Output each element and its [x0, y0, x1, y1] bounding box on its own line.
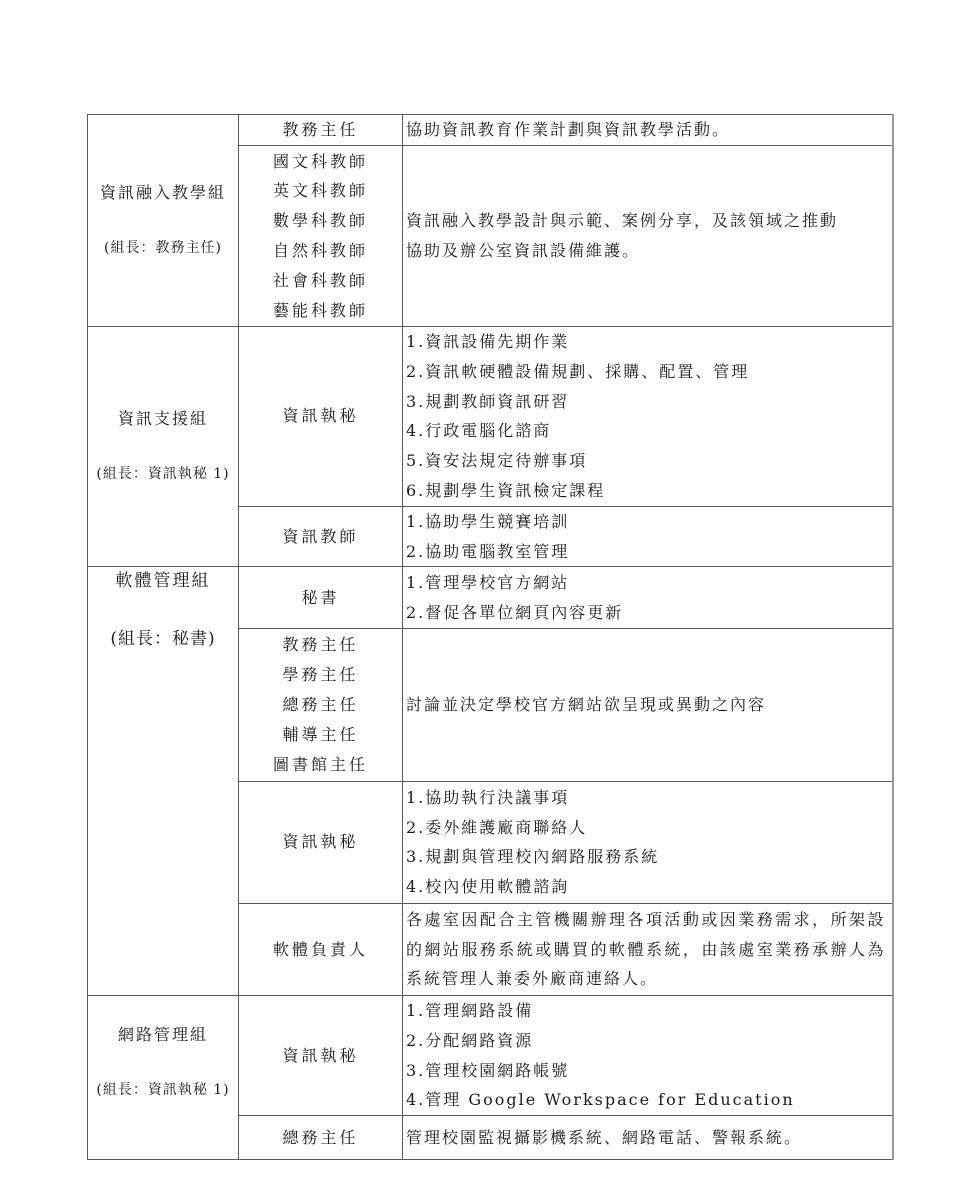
duty-text: 5.資安法規定待辦事項	[406, 446, 886, 476]
duty-text: 2.督促各單位網頁內容更新	[406, 598, 886, 628]
role-label: 自然科教師	[239, 236, 402, 266]
table-row: 網路管理組 (組長：資訊執秘 1) 資訊執秘 1.管理網路設備 2.分配網路資源…	[88, 995, 893, 1115]
table-row: 資訊融入教學組 (組長：教務主任) 教務主任 協助資訊教育作業計劃與資訊教學活動…	[88, 115, 893, 146]
duty-text: 4.校內使用軟體諮詢	[406, 872, 886, 902]
duty-text: 協助資訊教育作業計劃與資訊教學活動。	[406, 115, 886, 145]
role-cell: 資訊執秘	[239, 781, 403, 903]
role-label: 資訊執秘	[239, 401, 402, 431]
role-label: 社會科教師	[239, 266, 402, 296]
group-cell: 網路管理組 (組長：資訊執秘 1)	[88, 995, 239, 1159]
role-cell: 資訊教師	[239, 506, 403, 567]
role-cell: 秘書	[239, 567, 403, 629]
duty-text: 4.管理 Google Workspace for Education	[406, 1085, 886, 1115]
role-label: 輔導主任	[239, 720, 402, 750]
role-label: 資訊教師	[239, 522, 402, 552]
responsibility-table: 資訊融入教學組 (組長：教務主任) 教務主任 協助資訊教育作業計劃與資訊教學活動…	[87, 114, 894, 1160]
duty-cell: 管理校園監視攝影機系統、網路電話、警報系統。	[403, 1116, 893, 1160]
role-label: 數學科教師	[239, 206, 402, 236]
duty-cell: 各處室因配合主管機關辦理各項活動或因業務需求，所架設的網站服務系統或購買的軟體系…	[403, 903, 893, 995]
duty-text: 1.資訊設備先期作業	[406, 327, 886, 357]
role-label: 總務主任	[239, 690, 402, 720]
duty-text: 各處室因配合主管機關辦理各項活動或因業務需求，所架設的網站服務系統或購買的軟體系…	[406, 905, 886, 994]
role-label: 英文科教師	[239, 176, 402, 206]
duty-text: 資訊融入教學設計與示範、案例分享，及該領域之推動	[406, 206, 886, 236]
duty-text: 1.協助學生競賽培訓	[406, 507, 886, 537]
role-label: 秘書	[239, 583, 402, 613]
duty-text: 1.管理學校官方網站	[406, 568, 886, 598]
duty-text: 協助及辦公室資訊設備維護。	[406, 236, 886, 266]
role-cell: 軟體負責人	[239, 903, 403, 995]
group-cell: 軟體管理組 (組長：秘書)	[88, 567, 239, 996]
duty-text: 討論並決定學校官方網站欲呈現或異動之內容	[406, 690, 886, 720]
group-cell: 資訊支援組 (組長：資訊執秘 1)	[88, 327, 239, 567]
duty-text: 3.規劃與管理校內網路服務系統	[406, 842, 886, 872]
duty-cell: 1.管理網路設備 2.分配網路資源 3.管理校園網路帳號 4.管理 Google…	[403, 995, 893, 1115]
group-cell: 資訊融入教學組 (組長：教務主任)	[88, 115, 239, 327]
role-cell: 總務主任	[239, 1116, 403, 1160]
table-row: 資訊支援組 (組長：資訊執秘 1) 資訊執秘 1.資訊設備先期作業 2.資訊軟硬…	[88, 327, 893, 507]
duty-text: 2.委外維護廠商聯絡人	[406, 813, 886, 843]
role-label: 軟體負責人	[239, 935, 402, 965]
role-label: 學務主任	[239, 660, 402, 690]
group-name: 軟體管理組	[88, 567, 238, 597]
duty-text: 1.管理網路設備	[406, 996, 886, 1026]
role-label: 資訊執秘	[239, 1041, 402, 1071]
role-cell: 資訊執秘	[239, 327, 403, 507]
group-name: 資訊融入教學組	[88, 178, 238, 208]
duty-cell: 資訊融入教學設計與示範、案例分享，及該領域之推動 協助及辦公室資訊設備維護。	[403, 146, 893, 327]
group-leader: (組長：秘書)	[88, 625, 238, 655]
table-row: 軟體管理組 (組長：秘書) 秘書 1.管理學校官方網站 2.督促各單位網頁內容更…	[88, 567, 893, 629]
duty-cell: 1.管理學校官方網站 2.督促各單位網頁內容更新	[403, 567, 893, 629]
duty-text: 6.規劃學生資訊檢定課程	[406, 476, 886, 506]
role-label: 教務主任	[239, 630, 402, 660]
group-name: 資訊支援組	[88, 404, 238, 434]
role-cell: 資訊執秘	[239, 995, 403, 1115]
duty-cell: 協助資訊教育作業計劃與資訊教學活動。	[403, 115, 893, 146]
duty-cell: 1.協助執行決議事項 2.委外維護廠商聯絡人 3.規劃與管理校內網路服務系統 4…	[403, 781, 893, 903]
role-label: 總務主任	[239, 1123, 402, 1153]
role-cell: 國文科教師 英文科教師 數學科教師 自然科教師 社會科教師 藝能科教師	[239, 146, 403, 327]
duty-text: 3.管理校園網路帳號	[406, 1056, 886, 1086]
duty-text: 1.協助執行決議事項	[406, 783, 886, 813]
group-leader: (組長：資訊執秘 1)	[88, 1076, 238, 1106]
role-label: 圖書館主任	[239, 750, 402, 780]
role-label: 教務主任	[239, 115, 402, 145]
duty-text: 2.資訊軟硬體設備規劃、採購、配置、管理	[406, 357, 886, 387]
group-leader: (組長：教務主任)	[88, 234, 238, 264]
role-label: 藝能科教師	[239, 296, 402, 326]
duty-text: 2.協助電腦教室管理	[406, 537, 886, 567]
role-label: 國文科教師	[239, 147, 402, 177]
duty-text: 3.規劃教師資訊研習	[406, 387, 886, 417]
role-cell: 教務主任	[239, 115, 403, 146]
duty-cell: 1.協助學生競賽培訓 2.協助電腦教室管理	[403, 506, 893, 567]
group-leader: (組長：資訊執秘 1)	[88, 460, 238, 490]
duty-text: 管理校園監視攝影機系統、網路電話、警報系統。	[406, 1123, 886, 1153]
duty-cell: 1.資訊設備先期作業 2.資訊軟硬體設備規劃、採購、配置、管理 3.規劃教師資訊…	[403, 327, 893, 507]
duty-text: 2.分配網路資源	[406, 1026, 886, 1056]
duty-cell: 討論並決定學校官方網站欲呈現或異動之內容	[403, 629, 893, 782]
group-name: 網路管理組	[88, 1020, 238, 1050]
role-label: 資訊執秘	[239, 827, 402, 857]
duty-text: 4.行政電腦化諮商	[406, 416, 886, 446]
role-cell: 教務主任 學務主任 總務主任 輔導主任 圖書館主任	[239, 629, 403, 782]
